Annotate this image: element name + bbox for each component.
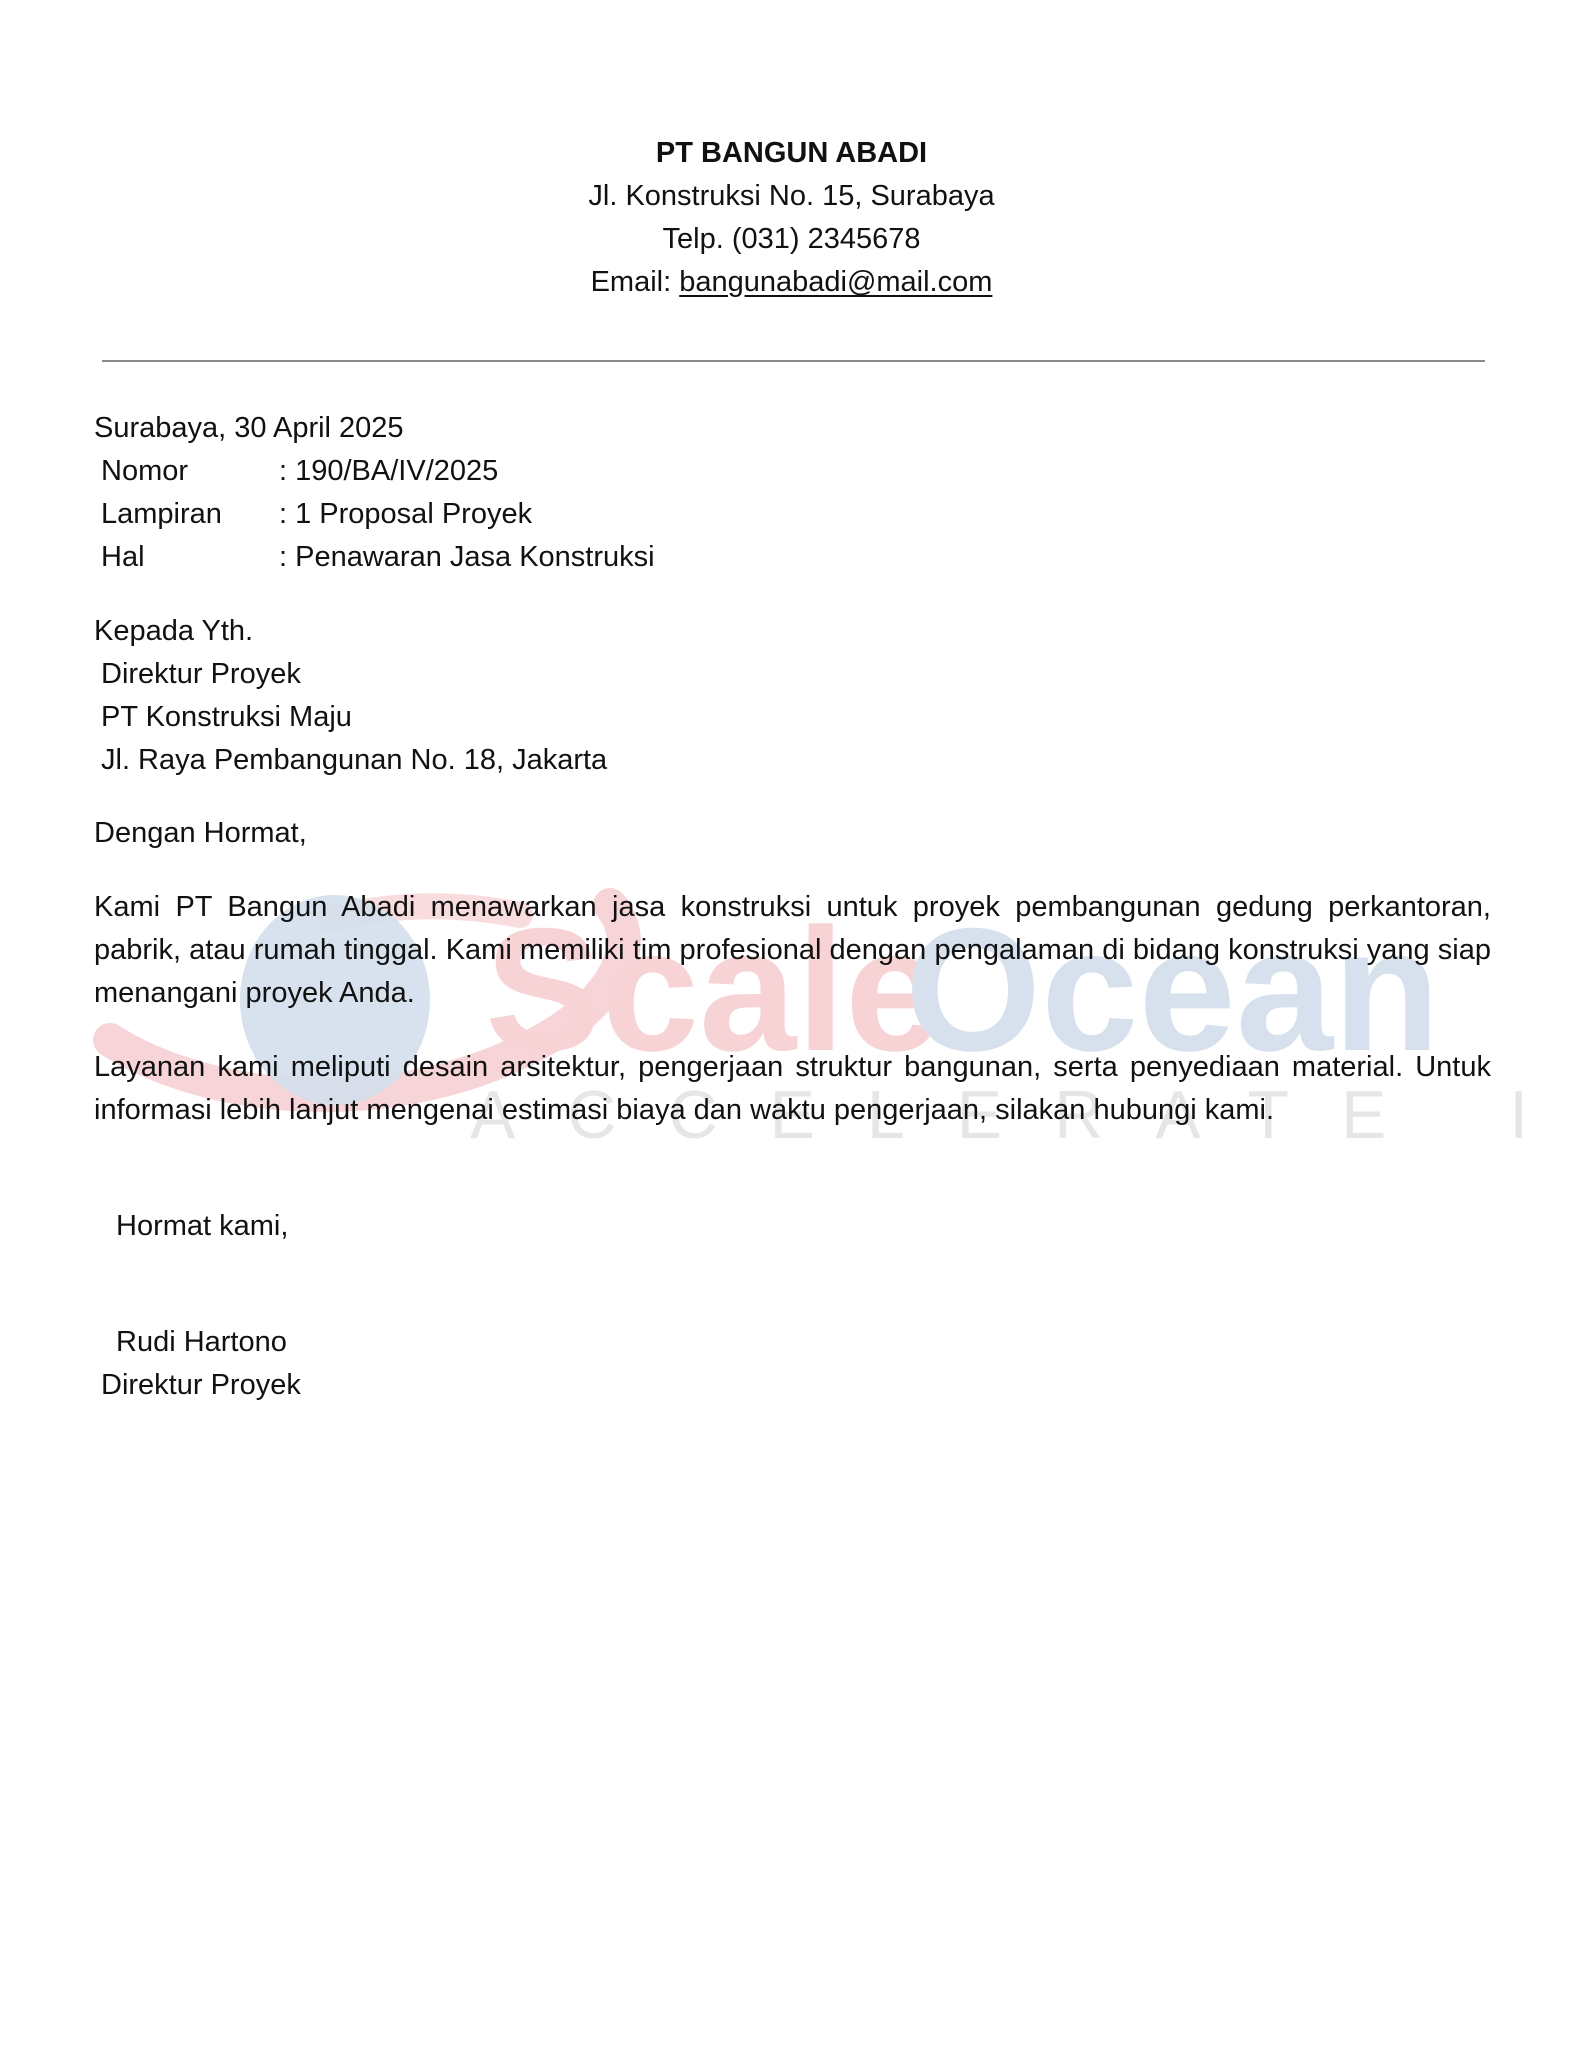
meta-value: : 190/BA/IV/2025 — [279, 450, 498, 493]
body-paragraph-1: Kami PT Bangun Abadi menawarkan jasa kon… — [94, 886, 1491, 1015]
company-name: PT BANGUN ABADI — [656, 137, 927, 169]
recipient-address: Jl. Raya Pembangunan No. 18, Jakarta — [101, 739, 607, 782]
signatory-name: Rudi Hartono — [116, 1321, 287, 1364]
meta-row-hal: Hal: Penawaran Jasa Konstruksi — [101, 536, 655, 579]
header-divider — [102, 360, 1485, 362]
scaleocean-watermark: Scale Ocean ACCELERATE IMPACT — [0, 0, 1583, 2048]
email-link[interactable]: bangunabadi@mail.com — [679, 266, 992, 298]
letterhead-phone: Telp. (031) 2345678 — [0, 218, 1583, 261]
greeting: Dengan Hormat, — [94, 812, 307, 855]
meta-value: : Penawaran Jasa Konstruksi — [279, 536, 655, 579]
meta-label: Nomor — [101, 450, 279, 493]
letterhead-company: PT BANGUN ABADI — [0, 132, 1583, 175]
email-label: Email: — [591, 266, 680, 298]
recipient-company: PT Konstruksi Maju — [101, 696, 352, 739]
recipient-title: Direktur Proyek — [101, 653, 301, 696]
place-date: Surabaya, 30 April 2025 — [94, 407, 404, 450]
letterhead-email-line: Email: bangunabadi@mail.com — [0, 261, 1583, 304]
letter-page: Scale Ocean ACCELERATE IMPACT PT BANGUN … — [0, 0, 1583, 2048]
meta-label: Lampiran — [101, 493, 279, 536]
signatory-position: Direktur Proyek — [101, 1364, 301, 1407]
meta-row-nomor: Nomor: 190/BA/IV/2025 — [101, 450, 498, 493]
meta-value: : 1 Proposal Proyek — [279, 493, 532, 536]
closing: Hormat kami, — [116, 1205, 288, 1248]
letterhead-address: Jl. Konstruksi No. 15, Surabaya — [0, 175, 1583, 218]
body-paragraph-2: Layanan kami meliputi desain arsitektur,… — [94, 1046, 1491, 1132]
recipient-salutation: Kepada Yth. — [94, 610, 253, 653]
meta-label: Hal — [101, 536, 279, 579]
meta-row-lampiran: Lampiran: 1 Proposal Proyek — [101, 493, 532, 536]
